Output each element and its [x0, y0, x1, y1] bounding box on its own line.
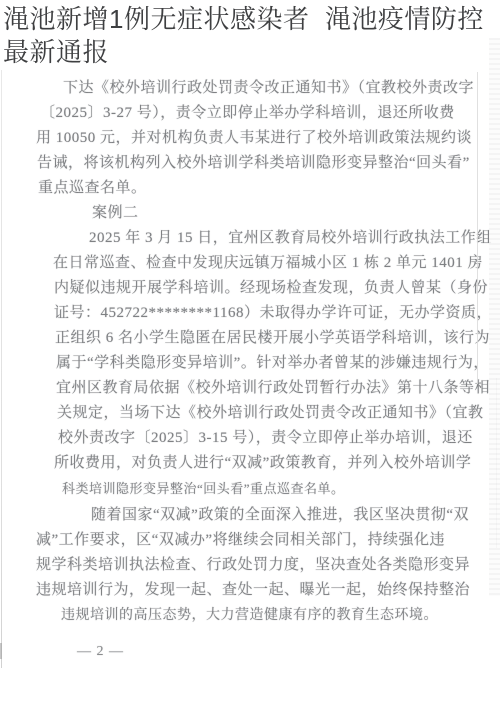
scan-left-edge-artifact: [1, 70, 2, 668]
scanned-document: 下达《校外培训行政处罚责令改正通知书》（宜教校外责改字〔2025〕3-27 号）…: [36, 76, 482, 628]
scan-line: 校外责改字〔2025〕3-15 号），责令立即停止举办培训，退还: [36, 426, 482, 451]
article-title-line1: 渑池新增1例无症状感染者 渑池疫情防控: [3, 3, 499, 36]
scan-line: 告诫，将该机构列入校外培训学科类培训隐形变异整治“回头看”: [36, 151, 482, 176]
scan-line: 正组织 6 名小学生隐匿在居民楼开展小学英语学科培训，该行为: [36, 326, 482, 351]
scan-line: 用 10050 元，并对机构负责人韦某进行了校外培训政策法规约谈: [36, 126, 482, 151]
scan-right-shadow: [489, 38, 500, 596]
scan-line: 规学科类培训执法检查、行政处罚力度，坚决查处各类隐形变异: [36, 553, 482, 578]
article-title: 渑池新增1例无症状感染者 渑池疫情防控 最新通报: [3, 0, 499, 69]
scan-line: 重点巡查名单。: [36, 176, 482, 201]
article-title-line2: 最新通报: [3, 36, 499, 69]
scan-line: 科类培训隐形变异整治“回头看”重点巡查名单。: [36, 476, 482, 501]
scan-line: 违规培训行为，发现一起、查处一起、曝光一起，始终保持整治: [36, 578, 482, 603]
scan-line: 证号：452722********1168）未取得办学许可证，无办学资质，: [36, 301, 482, 326]
scan-line: 2025 年 3 月 15 日，宜州区教育局校外培训行政执法工作组: [36, 226, 482, 251]
scan-line: 〔2025〕3-27 号），责令立即停止举办学科培训，退还所收费: [36, 101, 482, 126]
scan-line: 关规定，当场下达《校外培训行政处罚责令改正通知书》（宜教: [36, 401, 482, 426]
scan-line: 在日常巡查、检查中发现庆远镇万福城小区 1 栋 2 单元 1401 房: [36, 251, 482, 276]
scan-line: 随着国家“双减”政策的全面深入推进，我区坚决贯彻“双: [36, 503, 482, 528]
scan-left-edge-speck: [0, 643, 2, 659]
scan-line: 减”工作要求，区“双减办”将继续会同相关部门，持续强化违: [36, 528, 482, 553]
scan-line: 宜州区教育局依据《校外培训行政处罚暂行办法》第十八条等相: [36, 376, 482, 401]
scan-text: 下达《校外培训行政处罚责令改正通知书》（宜教校外责改字〔2025〕3-27 号）…: [36, 76, 482, 628]
page-number: — 2 —: [77, 644, 124, 660]
scan-line: 所收费用，对负责人进行“双减”政策教育，并列入校外培训学: [36, 451, 482, 476]
scan-line: 下达《校外培训行政处罚责令改正通知书》（宜教校外责改字: [36, 76, 482, 101]
scan-line: 内疑似违规开展学科培训。经现场检查发现，负责人曾某（身份: [36, 276, 482, 301]
scan-line: 案例二: [36, 201, 482, 226]
scan-line: 违规培训的高压态势，大力营造健康有序的教育生态环境。: [36, 603, 482, 628]
scan-line: 属于“学科类隐形变异培训”。针对举办者曾某的涉嫌违规行为，: [36, 351, 482, 376]
scan-right-edge-line: [477, 72, 478, 384]
